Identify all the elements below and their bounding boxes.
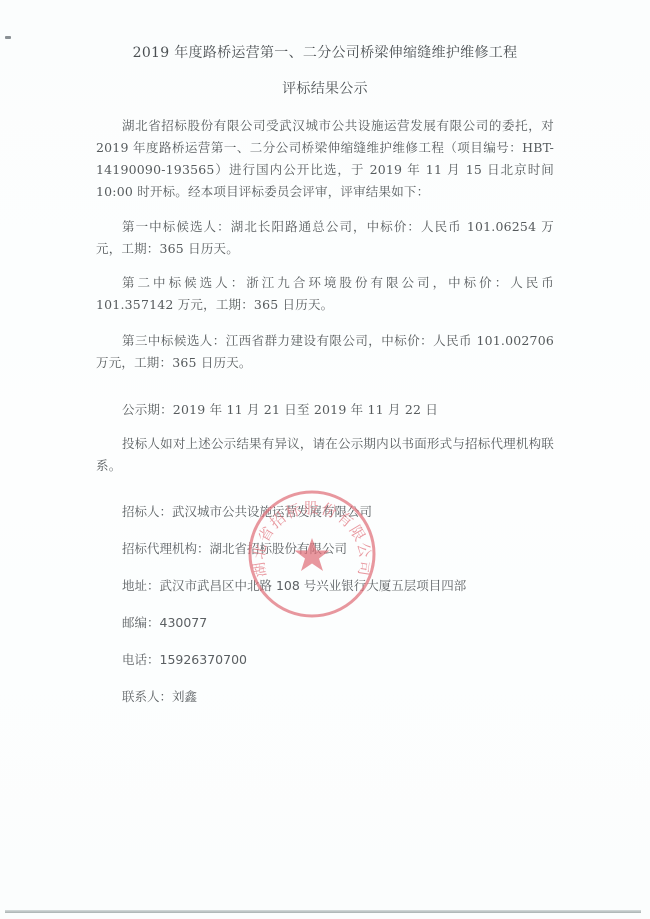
agency-line: 招标代理机构：湖北省招标股份有限公司 [122,539,347,559]
objection-notice: 投标人如对上述公示结果有异议，请在公示期内以书面形式与招标代理机构联系。 [96,433,554,477]
address-line: 地址：武汉市武昌区中北路 108 号兴业银行大厦五层项目四部 [122,576,466,596]
tenderer-line: 招标人：武汉城市公共设施运营发展有限公司 [122,502,372,522]
publicity-period: 公示期：2019 年 11 月 21 日至 2019 年 11 月 22 日 [122,399,438,421]
postcode-line: 邮编：430077 [122,613,207,633]
document-title: 2019 年度路桥运营第一、二分公司桥梁伸缩缝维护维修工程 [0,42,650,62]
phone-line: 电话：15926370700 [122,650,247,670]
candidate-1: 第一中标候选人：湖北长阳路通总公司，中标价：人民币 101.06254 万元，工… [96,216,554,260]
candidate-2: 第二中标候选人：浙江九合环境股份有限公司，中标价：人民币 101.357142 … [96,272,554,316]
scan-mark [5,36,11,39]
document-subtitle: 评标结果公示 [0,78,650,98]
candidate-3: 第三中标候选人：江西省群力建设有限公司，中标价：人民币 101.002706 万… [96,330,554,374]
contact-person-line: 联系人：刘鑫 [122,687,197,707]
document-page: 2019 年度路桥运营第一、二分公司桥梁伸缩缝维护维修工程 评标结果公示 湖北省… [0,0,650,919]
intro-paragraph: 湖北省招标股份有限公司受武汉城市公共设施运营发展有限公司的委托，对 2019 年… [96,115,554,203]
scan-edge-line [5,910,641,913]
